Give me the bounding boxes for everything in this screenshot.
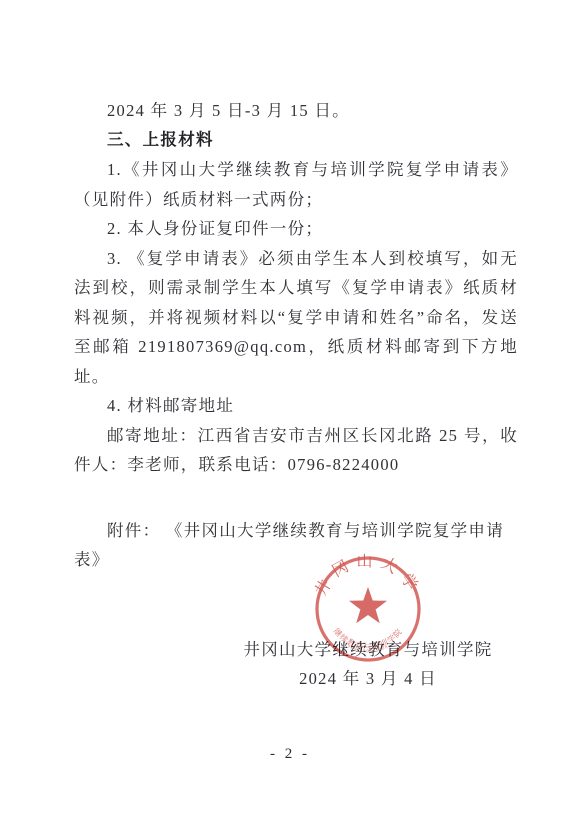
paragraph-item-3: 3. 《复学申请表》必须由学生本人到校填写，如无法到校，则需录制学生本人填写《复… — [74, 244, 518, 392]
section-heading: 三、上报材料 — [74, 126, 518, 156]
paragraph-date-range: 2024 年 3 月 5 日-3 月 15 日。 — [74, 96, 518, 126]
signature-date: 2024 年 3 月 4 日 — [228, 664, 508, 694]
page-number: - 2 - — [0, 746, 580, 763]
document-body: 2024 年 3 月 5 日-3 月 15 日。 三、上报材料 1.《井冈山大学… — [74, 96, 518, 694]
paragraph-item-2: 2. 本人身份证复印件一份； — [74, 214, 518, 244]
paragraph-mailing-address: 邮寄地址：江西省吉安市吉州区长冈北路 25 号，收件人：李老师，联系电话：079… — [74, 421, 518, 480]
signature-organization: 井冈山大学继续教育与培训学院 — [228, 635, 508, 665]
document-page: 2024 年 3 月 5 日-3 月 15 日。 三、上报材料 1.《井冈山大学… — [0, 0, 580, 825]
signature-block: 井冈山大学继续教育与培训学院 2024 年 3 月 4 日 — [228, 635, 508, 694]
paragraph-item-4: 4. 材料邮寄地址 — [74, 391, 518, 421]
paragraph-attachment: 附件： 《井冈山大学继续教育与培训学院复学申请表》 — [74, 516, 518, 575]
paragraph-item-1: 1.《井冈山大学继续教育与培训学院复学申请表》（见附件）纸质材料一式两份； — [74, 155, 518, 214]
